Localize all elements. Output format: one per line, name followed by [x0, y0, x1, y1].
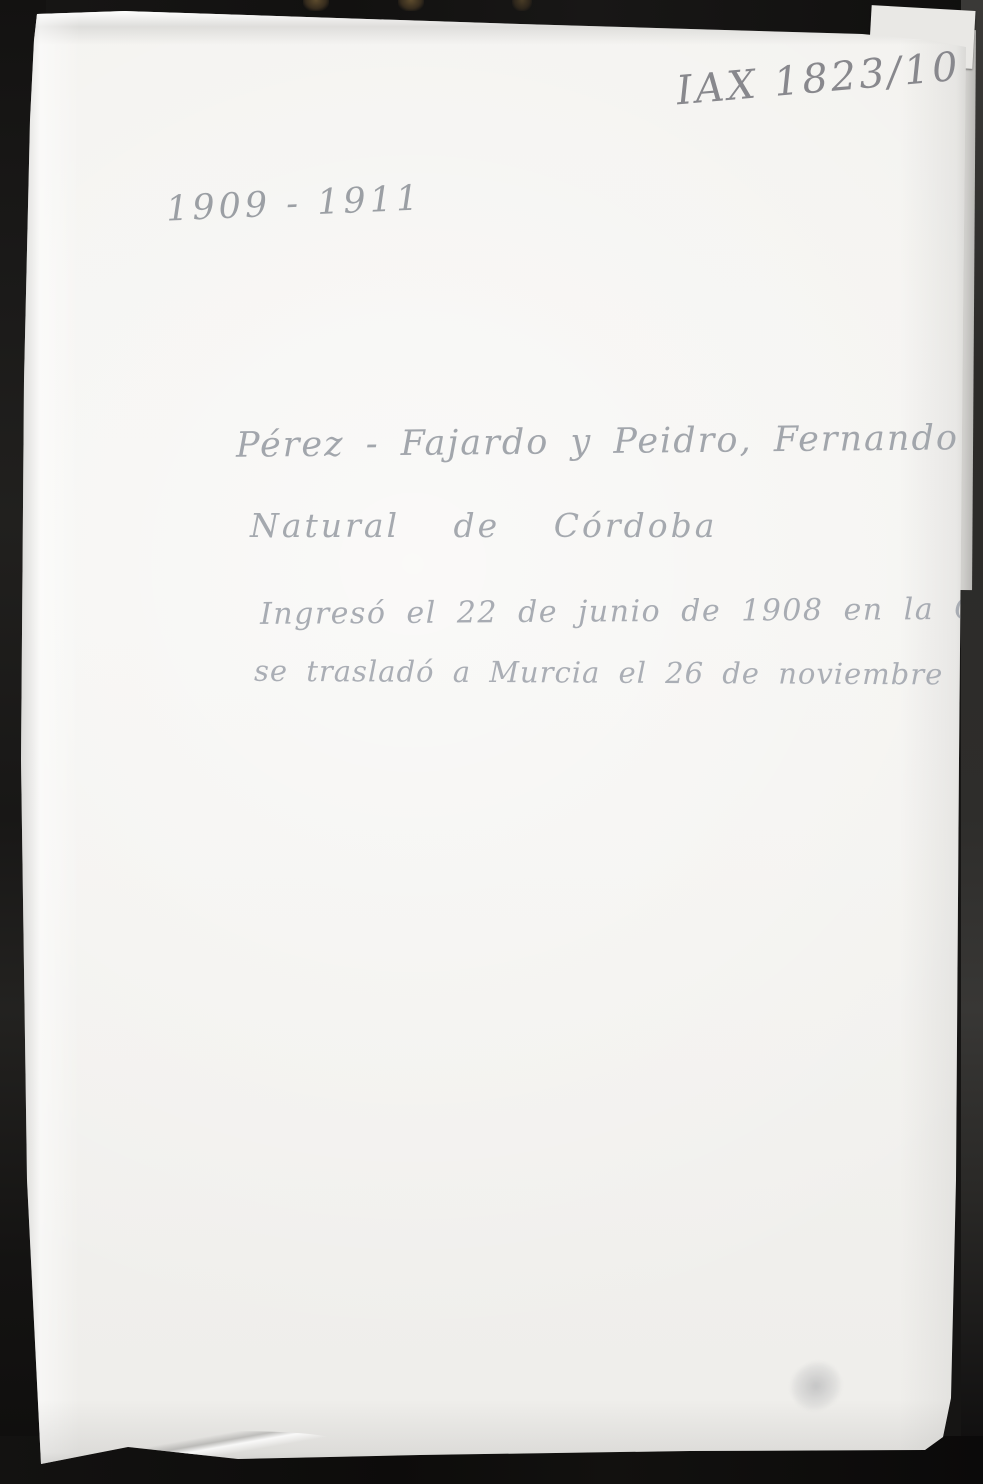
scanned-document-page: IAX 1823/10 1909 - 1911 Pérez - Fajardo … — [0, 0, 983, 1484]
admission-annotation: Ingresó el 22 de junio de 1908 en la Cor… — [260, 591, 983, 632]
paper-right-edge-shading — [900, 40, 970, 1460]
origin-annotation: Natural de Córdoba — [250, 506, 717, 545]
reference-number-annotation: IAX 1823/10 — [675, 44, 963, 115]
binding-stud-icon — [398, 0, 424, 11]
binding-stud-icon — [303, 0, 329, 11]
transfer-annotation: se trasladó a Murcia el 26 de noviembre … — [254, 654, 983, 692]
binding-stud-icon — [512, 0, 532, 11]
pencil-smudge — [781, 1352, 850, 1420]
date-range-annotation: 1909 - 1911 — [165, 178, 423, 229]
paper-sheet: IAX 1823/10 1909 - 1911 Pérez - Fajardo … — [0, 0, 983, 1484]
person-name-annotation: Pérez - Fajardo y Peidro, Fernando — [236, 418, 959, 466]
